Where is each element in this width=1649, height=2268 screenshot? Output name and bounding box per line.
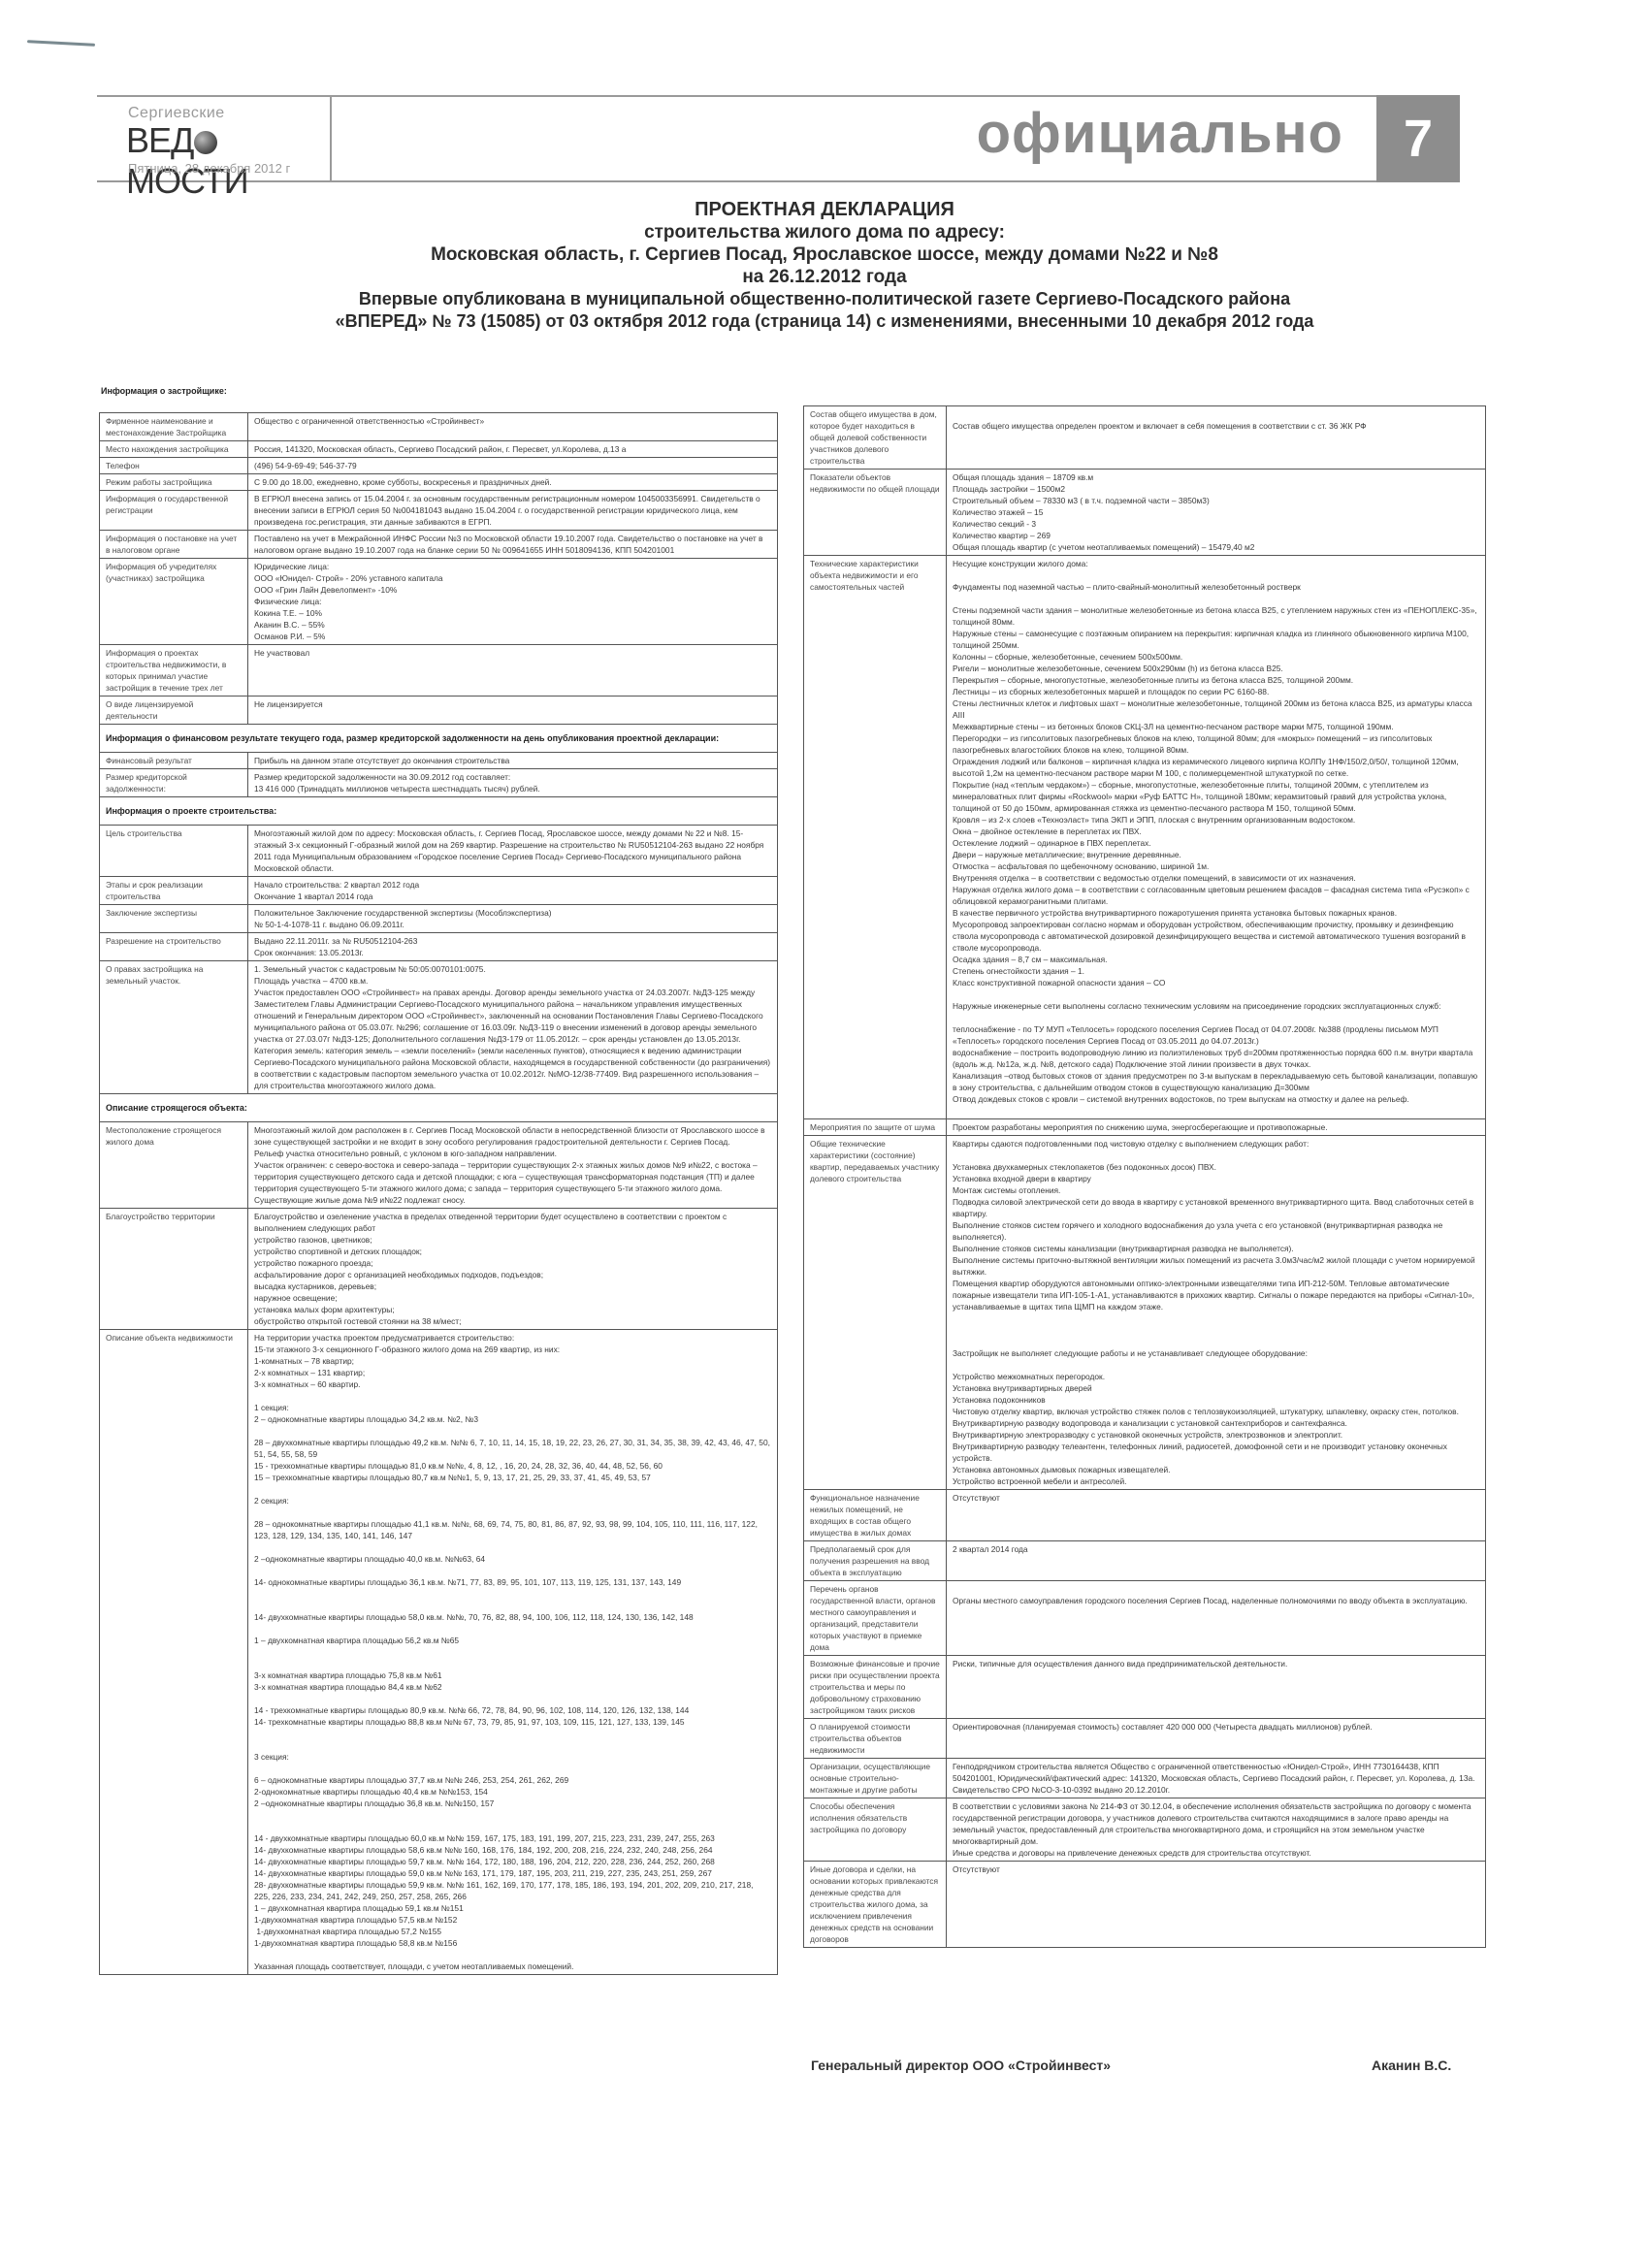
page-number: 7: [1376, 95, 1460, 182]
document-heading: ПРОЕКТНАЯ ДЕКЛАРАЦИЯ строительства жилог…: [0, 199, 1649, 333]
globe-icon: [194, 131, 217, 154]
value-line: [254, 1588, 771, 1600]
value-line: Выполнение системы приточно-вытяжной вен…: [953, 1254, 1479, 1278]
row-label: О виде лицензируемой деятельности: [100, 697, 248, 725]
value-line: 14- двухкомнатные квартиры площадью 58,0…: [254, 1611, 771, 1623]
section-title: официально: [977, 101, 1343, 166]
value-line: 14- двухкомнатные квартиры площадью 58,6…: [254, 1844, 771, 1856]
value-line: Кокина Т.Е. – 10%: [254, 607, 771, 619]
row-label: Иные договора и сделки, на основании кот…: [804, 1862, 947, 1948]
value-line: Покрытие (над «теплым чердаком») – сборн…: [953, 779, 1479, 814]
heading-line-2: строительства жилого дома по адресу:: [0, 221, 1649, 243]
row-label: Финансовый результат: [100, 753, 248, 769]
value-line: Положительное Заключение государственной…: [254, 907, 771, 919]
value-line: Отвод дождевых стоков с кровли – системо…: [953, 1093, 1479, 1105]
row-label: Организации, осуществляющие основные стр…: [804, 1759, 947, 1798]
value-line: 14- однокомнатные квартиры площадью 36,1…: [254, 1576, 771, 1588]
row-label: Фирменное наименование и местонахождение…: [100, 413, 248, 441]
row-label: Технические характеристики объекта недви…: [804, 556, 947, 1119]
table-section-row: Информация о проекте строительства:: [100, 797, 778, 826]
value-line: установка малых форм архитектуры;: [254, 1304, 771, 1315]
value-line: [953, 1922, 1479, 1933]
value-line: Установка двухкамерных стеклопакетов (бе…: [953, 1161, 1479, 1173]
value-line: [254, 1390, 771, 1402]
value-line: [953, 1359, 1479, 1371]
value-line: [953, 1312, 1479, 1324]
value-line: Прибыль на данном этапе отсутствует до о…: [254, 755, 771, 766]
value-line: Монтаж системы отопления.: [953, 1184, 1479, 1196]
table-row: Телефон(496) 54-9-69-49; 546-37-79: [100, 458, 778, 474]
value-line: 2 секция:: [254, 1495, 771, 1507]
value-line: Колонны – сборные, железобетонные, сечен…: [953, 651, 1479, 663]
value-line: Внутриквартирную разводку телеантенн, те…: [953, 1441, 1479, 1464]
value-line: 2-х комнатных – 131 квартир;: [254, 1367, 771, 1378]
value-line: 1-двухкомнатная квартира площадью 58,8 к…: [254, 1937, 771, 1949]
value-line: 3 секция:: [254, 1751, 771, 1763]
row-label: Способы обеспечения исполнения обязатель…: [804, 1798, 947, 1862]
value-line: Внутриквартирную разводку водопровода и …: [953, 1417, 1479, 1429]
value-line: Не лицензируется: [254, 698, 771, 710]
value-line: [953, 1898, 1479, 1910]
value-line: 1 – двухкомнатная квартира площадью 59,1…: [254, 1902, 771, 1914]
value-line: Количество квартир – 269: [953, 530, 1479, 541]
value-line: устройство пожарного проезда;: [254, 1257, 771, 1269]
value-line: 15-ти этажного 3-х секционного Г-образно…: [254, 1344, 771, 1355]
row-label: Благоустройство территории: [100, 1209, 248, 1330]
value-line: Отмостка – асфальтовая по щебеночному ос…: [953, 860, 1479, 872]
value-line: [254, 1623, 771, 1635]
value-line: Лестницы – из сборных железобетонных мар…: [953, 686, 1479, 697]
row-value: Размер кредиторской задолженности на 30.…: [248, 769, 778, 797]
table-row: О правах застройщика на земельный участо…: [100, 961, 778, 1094]
row-label: Информация о постановке на учет в налого…: [100, 531, 248, 559]
value-line: Отсутствуют: [953, 1492, 1479, 1504]
row-value: Ориентировочная (планируемая стоимость) …: [947, 1719, 1486, 1759]
row-label: Общие технические характеристики (состоя…: [804, 1136, 947, 1490]
row-value: Отсутствуют: [947, 1490, 1486, 1541]
value-line: Выполнение стояков системы канализации (…: [953, 1243, 1479, 1254]
value-line: водоснабжение – построить водопроводную …: [953, 1047, 1479, 1070]
table-row: Размер кредиторской задолженности:Размер…: [100, 769, 778, 797]
table-row: Благоустройство территорииБлагоустройств…: [100, 1209, 778, 1330]
value-line: Срок окончания: 13.05.2013г.: [254, 947, 771, 958]
value-line: 1 секция:: [254, 1402, 771, 1413]
row-label: Место нахождения застройщика: [100, 441, 248, 458]
value-line: Помещения квартир оборудуются автономным…: [953, 1278, 1479, 1312]
row-value: Проектом разработаны мероприятия по сниж…: [947, 1119, 1486, 1136]
value-line: Мусоропровод запроектирован согласно нор…: [953, 919, 1479, 954]
row-value: С 9.00 до 18.00, ежедневно, кроме суббот…: [248, 474, 778, 491]
value-line: Размер кредиторской задолженности на 30.…: [254, 771, 771, 783]
value-line: [254, 1809, 771, 1821]
table-row: Организации, осуществляющие основные стр…: [804, 1759, 1486, 1798]
row-label: Цель строительства: [100, 826, 248, 877]
value-line: 2 – однокомнатные квартиры площадью 34,2…: [254, 1413, 771, 1425]
value-line: Начало строительства: 2 квартал 2012 год…: [254, 879, 771, 891]
signature-title: Генеральный директор ООО «Стройинвест»: [811, 2057, 1111, 2073]
value-line: Физические лица:: [254, 596, 771, 607]
value-line: [953, 988, 1479, 1000]
value-line: 14 - двухкомнатные квартиры площадью 60,…: [254, 1832, 771, 1844]
value-line: Класс конструктивной пожарной опасности …: [953, 977, 1479, 988]
row-label: Разрешение на строительство: [100, 933, 248, 961]
row-value: Прибыль на данном этапе отсутствует до о…: [248, 753, 778, 769]
value-line: Юридические лица:: [254, 561, 771, 572]
value-line: [254, 1693, 771, 1704]
value-line: Аканин В.С. – 55%: [254, 619, 771, 631]
value-line: Категория земель: категория земель – «зе…: [254, 1045, 771, 1091]
table-row: Фирменное наименование и местонахождение…: [100, 413, 778, 441]
value-line: [254, 1739, 771, 1751]
value-line: Площадь участка – 4700 кв.м.: [254, 975, 771, 987]
value-line: Перегородки – из гипсолитовых пазогребне…: [953, 732, 1479, 756]
value-line: (496) 54-9-69-49; 546-37-79: [254, 460, 771, 471]
value-line: Многоэтажный жилой дом расположен в г. С…: [254, 1124, 771, 1148]
value-line: [953, 569, 1479, 581]
value-line: 1-комнатных – 78 квартир;: [254, 1355, 771, 1367]
developer-info-table: Фирменное наименование и местонахождение…: [99, 412, 778, 1975]
value-line: [953, 408, 1479, 420]
value-line: [254, 1821, 771, 1832]
value-line: 1-двухкомнатная квартира площадью 57,2 №…: [254, 1926, 771, 1937]
value-line: Генподрядчиком строительства является Об…: [953, 1761, 1479, 1796]
value-line: [953, 1933, 1479, 1945]
table-row: Информация о проектах строительства недв…: [100, 645, 778, 697]
value-line: Многоэтажный жилой дом по адресу: Москов…: [254, 827, 771, 874]
row-label: Местоположение строящегося жилого дома: [100, 1122, 248, 1209]
value-line: В соответствии с условиями закона № 214-…: [953, 1800, 1479, 1847]
value-line: 1-двухкомнатная квартира площадью 57,5 к…: [254, 1914, 771, 1926]
value-line: [953, 1336, 1479, 1347]
value-line: Устройство межкомнатных перегородок.: [953, 1371, 1479, 1382]
row-value: Не участвовал: [248, 645, 778, 697]
row-label: О правах застройщика на земельный участо…: [100, 961, 248, 1094]
value-line: [953, 1324, 1479, 1336]
value-line: устройство газонов, цветников;: [254, 1234, 771, 1246]
logo-title-left: ВЕД: [126, 120, 193, 160]
value-line: теплоснабжение - по ТУ МУП «Теплосеть» г…: [953, 1023, 1479, 1047]
table-row: Информация об учредителях (участниках) з…: [100, 559, 778, 645]
value-line: Степень огнестойкости здания – 1.: [953, 965, 1479, 977]
row-value: 2 квартал 2014 года: [947, 1541, 1486, 1581]
value-line: [254, 1658, 771, 1669]
value-line: Устройство встроенной мебели и антресоле…: [953, 1475, 1479, 1487]
row-value: 1. Земельный участок с кадастровым № 50:…: [248, 961, 778, 1094]
newspaper-logo: Сергиевские ВЕДМОСТИ Пятница, 28 декабря…: [97, 97, 332, 180]
row-value: Юридические лица:ООО «Юнидел- Строй» - 2…: [248, 559, 778, 645]
row-value: (496) 54-9-69-49; 546-37-79: [248, 458, 778, 474]
value-line: [254, 1565, 771, 1576]
value-line: Ограждения лоджий или балконов – кирпичн…: [953, 756, 1479, 779]
value-line: обустройство открытой гостевой стоянки н…: [254, 1315, 771, 1327]
value-line: Количество этажей – 15: [953, 506, 1479, 518]
row-label: Размер кредиторской задолженности:: [100, 769, 248, 797]
value-line: [254, 1728, 771, 1739]
row-label: О планируемой стоимости строительства об…: [804, 1719, 947, 1759]
value-line: Османов Р.И. – 5%: [254, 631, 771, 642]
row-value: Генподрядчиком строительства является Об…: [947, 1759, 1486, 1798]
table-row: Иные договора и сделки, на основании кот…: [804, 1862, 1486, 1948]
row-label: Заключение экспертизы: [100, 905, 248, 933]
row-value: Несущие конструкции жилого дома: Фундаме…: [947, 556, 1486, 1119]
value-line: Межквартирные стены – из бетонных блоков…: [953, 721, 1479, 732]
section-heading: Описание строящегося объекта:: [100, 1094, 778, 1122]
table-row: Предполагаемый срок для получения разреш…: [804, 1541, 1486, 1581]
value-line: Остекление лоджий – одинарное в ПВХ пере…: [953, 837, 1479, 849]
value-line: 3-х комнатная квартира площадью 75,8 кв.…: [254, 1669, 771, 1681]
developer-info-heading: Информация о застройщике:: [101, 386, 227, 396]
value-line: [953, 593, 1479, 604]
value-line: Общая площадь здания – 18709 кв.м: [953, 471, 1479, 483]
value-line: Рельеф участка относительно ровный, с ук…: [254, 1148, 771, 1159]
value-line: Органы местного самоуправления городског…: [953, 1595, 1479, 1606]
value-line: Выдано 22.11.2011г. за № RU50512104-263: [254, 935, 771, 947]
table-row: Местоположение строящегося жилого домаМн…: [100, 1122, 778, 1209]
value-line: ООО «Юнидел- Строй» - 20% уставного капи…: [254, 572, 771, 584]
row-value: Общество с ограниченной ответственностью…: [248, 413, 778, 441]
value-line: [953, 1105, 1479, 1117]
row-value: Состав общего имущества определен проект…: [947, 406, 1486, 470]
value-line: 28- двухкомнатные квартиры площадью 59,9…: [254, 1879, 771, 1902]
heading-publication: Впервые опубликована в муниципальной общ…: [0, 288, 1649, 310]
table-row: Место нахождения застройщикаРоссия, 1413…: [100, 441, 778, 458]
value-line: 14- двухкомнатные квартиры площадью 59,0…: [254, 1867, 771, 1879]
section-heading: Информация о финансовом результате текущ…: [100, 725, 778, 753]
row-value: Общая площадь здания – 18709 кв.мПлощадь…: [947, 470, 1486, 556]
value-line: [254, 1507, 771, 1518]
row-label: Телефон: [100, 458, 248, 474]
table-row: О планируемой стоимости строительства об…: [804, 1719, 1486, 1759]
value-line: Проектом разработаны мероприятия по сниж…: [953, 1121, 1479, 1133]
value-line: Ориентировочная (планируемая стоимость) …: [953, 1721, 1479, 1733]
value-line: С 9.00 до 18.00, ежедневно, кроме суббот…: [254, 476, 771, 488]
row-value: Выдано 22.11.2011г. за № RU50512104-263С…: [248, 933, 778, 961]
value-line: Площадь застройки – 1500м2: [953, 483, 1479, 495]
value-line: Внутренняя отделка – в соответствии с ве…: [953, 872, 1479, 884]
value-line: Несущие конструкции жилого дома:: [953, 558, 1479, 569]
value-line: 3-х комнатных – 60 квартир.: [254, 1378, 771, 1390]
value-line: 15 - трехкомнатные квартиры площадью 81,…: [254, 1460, 771, 1472]
value-line: Установка подоконников: [953, 1394, 1479, 1406]
row-value: Положительное Заключение государственной…: [248, 905, 778, 933]
value-line: [953, 1910, 1479, 1922]
table-row: Финансовый результатПрибыль на данном эт…: [100, 753, 778, 769]
row-label: Функциональное назначение нежилых помеще…: [804, 1490, 947, 1541]
value-line: Участок предоставлен ООО «Стройинвест» н…: [254, 987, 771, 1045]
section-heading: Информация о проекте строительства:: [100, 797, 778, 826]
value-line: Участок ограничен: с северо-востока и се…: [254, 1159, 771, 1206]
value-line: ООО «Грин Лайн Девелопмент» -10%: [254, 584, 771, 596]
value-line: Канализация –отвод бытовых стоков от зда…: [953, 1070, 1479, 1093]
row-value: Квартиры сдаются подготовленными под чис…: [947, 1136, 1486, 1490]
value-line: Отсутствуют: [953, 1863, 1479, 1875]
value-line: устройство спортивной и детских площадок…: [254, 1246, 771, 1257]
value-line: Поставлено на учет в Межрайонной ИНФС Ро…: [254, 533, 771, 556]
value-line: 2 квартал 2014 года: [953, 1543, 1479, 1555]
value-line: Риски, типичные для осуществления данног…: [953, 1658, 1479, 1669]
value-line: [953, 1887, 1479, 1898]
value-line: Общество с ограниченной ответственностью…: [254, 415, 771, 427]
scan-artifact-mark: [27, 40, 95, 47]
table-row: О виде лицензируемой деятельностиНе лице…: [100, 697, 778, 725]
value-line: 2-однокомнатные квартиры площадью 40,4 к…: [254, 1786, 771, 1798]
newspaper-masthead: Сергиевские ВЕДМОСТИ Пятница, 28 декабря…: [97, 95, 1460, 182]
value-line: Чистовую отделку квартир, включая устрой…: [953, 1406, 1479, 1417]
row-value: Благоустройство и озеленение участка в п…: [248, 1209, 778, 1330]
row-label: Мероприятия по защите от шума: [804, 1119, 947, 1136]
value-line: 1. Земельный участок с кадастровым № 50:…: [254, 963, 771, 975]
row-value: Многоэтажный жилой дом расположен в г. С…: [248, 1122, 778, 1209]
row-label: Возможные финансовые и прочие риски при …: [804, 1656, 947, 1719]
value-line: 14- двухкомнатные квартиры площадью 59,7…: [254, 1856, 771, 1867]
row-value: Органы местного самоуправления городског…: [947, 1581, 1486, 1656]
table-row: Режим работы застройщикаС 9.00 до 18.00,…: [100, 474, 778, 491]
value-line: Перекрытия – сборные, многопустотные, же…: [953, 674, 1479, 686]
value-line: высадка кустарников, деревьев;: [254, 1280, 771, 1292]
table-row: Технические характеристики объекта недви…: [804, 556, 1486, 1119]
table-row: Заключение экспертизыПоложительное Заклю…: [100, 905, 778, 933]
value-line: Состав общего имущества определен проект…: [953, 420, 1479, 432]
value-line: асфальтирование дорог с организацией нео…: [254, 1269, 771, 1280]
value-line: Застройщик не выполняет следующие работы…: [953, 1347, 1479, 1359]
table-section-row: Информация о финансовом результате текущ…: [100, 725, 778, 753]
value-line: Общая площадь квартир (с учетом неотапли…: [953, 541, 1479, 553]
value-line: наружное освещение;: [254, 1292, 771, 1304]
value-line: 14- трехкомнатные квартиры площадью 88,8…: [254, 1716, 771, 1728]
row-value: Не лицензируется: [248, 697, 778, 725]
value-line: 2 –однокомнатные квартиры площадью 36,8 …: [254, 1798, 771, 1809]
value-line: Россия, 141320, Московская область, Серг…: [254, 443, 771, 455]
document-title: ПРОЕКТНАЯ ДЕКЛАРАЦИЯ: [0, 199, 1649, 221]
row-value: В соответствии с условиями закона № 214-…: [947, 1798, 1486, 1862]
row-value: Поставлено на учет в Межрайонной ИНФС Ро…: [248, 531, 778, 559]
row-value: Отсутствуют: [947, 1862, 1486, 1948]
value-line: [254, 1949, 771, 1960]
table-row: Этапы и срок реализации строительстваНач…: [100, 877, 778, 905]
value-line: Двери – наружные металлические; внутренн…: [953, 849, 1479, 860]
value-line: [953, 1012, 1479, 1023]
table-row: Состав общего имущества в дом, которое б…: [804, 406, 1486, 470]
row-label: Описание объекта недвижимости: [100, 1330, 248, 1975]
value-line: Установка внутриквартирных дверей: [953, 1382, 1479, 1394]
value-line: Подводка силовой электрической сети до в…: [953, 1196, 1479, 1219]
row-value: На территории участка проектом предусмат…: [248, 1330, 778, 1975]
value-line: 28 – двухкомнатные квартиры площадью 49,…: [254, 1437, 771, 1460]
row-value: Начало строительства: 2 квартал 2012 год…: [248, 877, 778, 905]
value-line: [254, 1541, 771, 1553]
value-line: В ЕГРЮЛ внесена запись от 15.04.2004 г. …: [254, 493, 771, 528]
row-label: Информация об учредителях (участниках) з…: [100, 559, 248, 645]
row-value: В ЕГРЮЛ внесена запись от 15.04.2004 г. …: [248, 491, 778, 531]
value-line: Строительный объем – 78330 м3 ( в т.ч. п…: [953, 495, 1479, 506]
value-line: Наружные инженерные сети выполнены согла…: [953, 1000, 1479, 1012]
row-label: Перечень органов государственной власти,…: [804, 1581, 947, 1656]
value-line: [254, 1763, 771, 1774]
value-line: Стены лестничных клеток и лифтовых шахт …: [953, 697, 1479, 721]
value-line: Кровля – из 2-х слоев «Техноэласт» типа …: [953, 814, 1479, 826]
value-line: № 50-1-4-1078-11 г. выдано 06.09.2011г.: [254, 919, 771, 930]
value-line: 15 – трехкомнатные квартиры площадью 80,…: [254, 1472, 771, 1483]
signature-name: Аканин В.С.: [1372, 2057, 1451, 2073]
row-label: Информация о проектах строительства недв…: [100, 645, 248, 697]
value-line: Указанная площадь соответствует, площади…: [254, 1960, 771, 1972]
table-row: Информация о государственной регистрации…: [100, 491, 778, 531]
value-line: Окончание 1 квартал 2014 года: [254, 891, 771, 902]
value-line: [254, 1483, 771, 1495]
table-row: Описание объекта недвижимостиНа территор…: [100, 1330, 778, 1975]
value-line: Осадка здания – 8,7 см – максимальная.: [953, 954, 1479, 965]
value-line: 13 416 000 (Тринадцать миллионов четырес…: [254, 783, 771, 794]
value-line: [254, 1600, 771, 1611]
row-label: Режим работы застройщика: [100, 474, 248, 491]
table-row: Общие технические характеристики (состоя…: [804, 1136, 1486, 1490]
value-line: Окна – двойное остекление в переплетах и…: [953, 826, 1479, 837]
row-value: Риски, типичные для осуществления данног…: [947, 1656, 1486, 1719]
row-label: Информация о государственной регистрации: [100, 491, 248, 531]
value-line: Наружная отделка жилого дома – в соответ…: [953, 884, 1479, 907]
heading-publication-details: «ВПЕРЕД» № 73 (15085) от 03 октября 2012…: [0, 310, 1649, 333]
value-line: 28 – однокомнатные квартиры площадью 41,…: [254, 1518, 771, 1541]
row-value: Многоэтажный жилой дом по адресу: Москов…: [248, 826, 778, 877]
heading-date: на 26.12.2012 года: [0, 266, 1649, 288]
value-line: Иные средства и договоры на привлечение …: [953, 1847, 1479, 1859]
value-line: Ригели – монолитные железобетонные, сече…: [953, 663, 1479, 674]
value-line: Стены подземной части здания – монолитны…: [953, 604, 1479, 628]
table-row: Мероприятия по защите от шумаПроектом ра…: [804, 1119, 1486, 1136]
value-line: 3-х комнатная квартира площадью 84,4 кв.…: [254, 1681, 771, 1693]
value-line: Установка автономных дымовых пожарных из…: [953, 1464, 1479, 1475]
table-row: Перечень органов государственной власти,…: [804, 1581, 1486, 1656]
value-line: Выполнение стояков систем горячего и хол…: [953, 1219, 1479, 1243]
row-label: Состав общего имущества в дом, которое б…: [804, 406, 947, 470]
issue-date: Пятница, 28 декабря 2012 г: [128, 161, 290, 176]
table-section-row: Описание строящегося объекта:: [100, 1094, 778, 1122]
value-line: Не участвовал: [254, 647, 771, 659]
project-info-table: Состав общего имущества в дом, которое б…: [803, 405, 1486, 1948]
table-row: Способы обеспечения исполнения обязатель…: [804, 1798, 1486, 1862]
value-line: Количество секций - 3: [953, 518, 1479, 530]
value-line: 1 – двухкомнатная квартира площадью 56,2…: [254, 1635, 771, 1646]
value-line: [953, 1875, 1479, 1887]
value-line: В качестве первичного устройства внутрик…: [953, 907, 1479, 919]
row-label: Показатели объектов недвижимости по обще…: [804, 470, 947, 556]
value-line: Квартиры сдаются подготовленными под чис…: [953, 1138, 1479, 1150]
value-line: 6 – однокомнатные квартиры площадью 37,7…: [254, 1774, 771, 1786]
value-line: [254, 1425, 771, 1437]
table-row: Возможные финансовые и прочие риски при …: [804, 1656, 1486, 1719]
heading-address: Московская область, г. Сергиев Посад, Яр…: [0, 243, 1649, 266]
value-line: 2 –однокомнатные квартиры площадью 40,0 …: [254, 1553, 771, 1565]
table-row: Цель строительстваМногоэтажный жилой дом…: [100, 826, 778, 877]
value-line: [254, 1646, 771, 1658]
table-row: Информация о постановке на учет в налого…: [100, 531, 778, 559]
value-line: На территории участка проектом предусмат…: [254, 1332, 771, 1344]
value-line: Внутриквартирную электроразводку с устан…: [953, 1429, 1479, 1441]
value-line: [953, 1150, 1479, 1161]
table-row: Разрешение на строительствоВыдано 22.11.…: [100, 933, 778, 961]
row-label: Предполагаемый срок для получения разреш…: [804, 1541, 947, 1581]
row-value: Россия, 141320, Московская область, Серг…: [248, 441, 778, 458]
value-line: [953, 1583, 1479, 1595]
table-row: Функциональное назначение нежилых помеще…: [804, 1490, 1486, 1541]
value-line: Наружные стены – самонесущие с поэтажным…: [953, 628, 1479, 651]
row-label: Этапы и срок реализации строительства: [100, 877, 248, 905]
value-line: Фундаменты под наземной частью – плито-с…: [953, 581, 1479, 593]
table-row: Показатели объектов недвижимости по обще…: [804, 470, 1486, 556]
value-line: Благоустройство и озеленение участка в п…: [254, 1211, 771, 1234]
value-line: Установка входной двери в квартиру: [953, 1173, 1479, 1184]
value-line: 14 - трехкомнатные квартиры площадью 80,…: [254, 1704, 771, 1716]
